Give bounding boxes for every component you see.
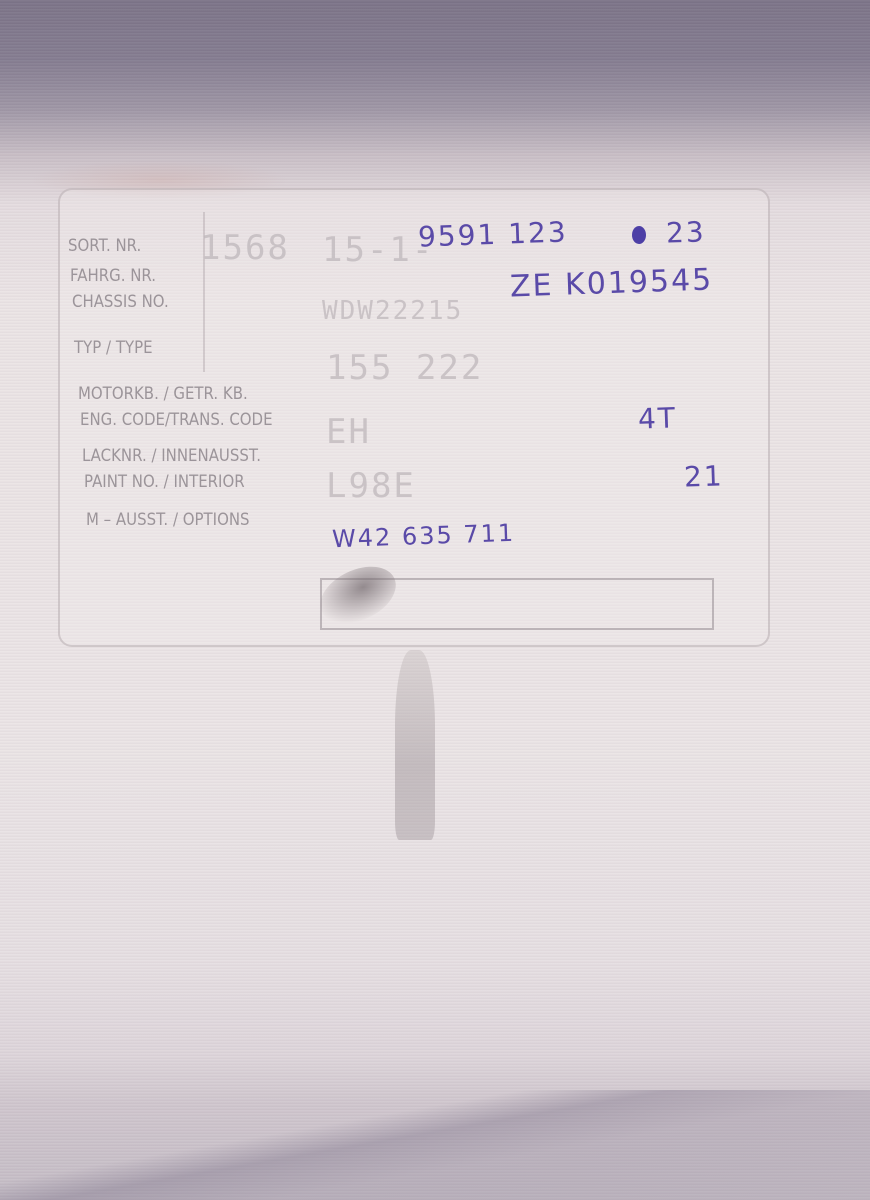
bottom-shadow (0, 1090, 870, 1200)
printed-sort-nr: 1568 (200, 228, 290, 268)
label-fahrg-nr: FAHRG. NR. (70, 266, 156, 286)
label-options: M – AUSST. / OPTIONS (86, 510, 250, 530)
printed-type: 155 222 (326, 348, 483, 388)
printed-engine-code: EH (326, 412, 371, 452)
handwritten-sort-end: 23 (665, 215, 706, 249)
label-paint-interior: PAINT NO. / INTERIOR (84, 472, 245, 492)
label-lack-innen: LACKNR. / INNENAUSST. (82, 446, 261, 466)
label-eng-trans: ENG. CODE/TRANS. CODE (80, 410, 273, 430)
label-sort-nr: SORT. NR. (68, 236, 141, 256)
handwritten-trans-code: 4T (637, 401, 677, 435)
surface-stain (395, 650, 435, 840)
label-motor-getr: MOTORKB. / GETR. KB. (78, 384, 248, 404)
ink-blot (632, 226, 646, 244)
printed-chassis: WDW22215 (322, 296, 463, 326)
label-chassis-no: CHASSIS NO. (72, 292, 169, 312)
handwritten-chassis: ZE K019545 (509, 262, 713, 304)
handwritten-interior: 21 (683, 459, 724, 493)
printed-paint-no: L98E (326, 466, 416, 506)
handwritten-sort-line: 9591 123 (417, 215, 568, 253)
label-type: TYP / TYPE (74, 338, 153, 358)
